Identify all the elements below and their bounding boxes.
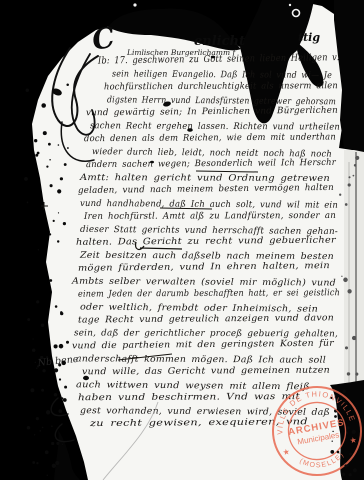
ink-speckle — [346, 426, 350, 430]
ink-speckle — [60, 312, 63, 315]
ink-speckle — [57, 240, 59, 242]
ink-speckle — [59, 344, 64, 349]
ink-speckle — [66, 341, 69, 344]
ink-speckle — [27, 318, 30, 321]
ink-speckle — [46, 166, 48, 168]
ink-speckle — [63, 222, 66, 225]
ink-blot — [211, 56, 215, 59]
ink-speckle — [349, 473, 352, 476]
ink-speckle — [33, 338, 34, 339]
star-icon: ★ — [349, 435, 358, 445]
document-page: C enlicht ttig Limlischen Burgerlichamm … — [0, 0, 364, 480]
ink-speckle — [66, 84, 69, 87]
ink-speckle — [35, 154, 38, 157]
ink-speckle — [26, 88, 30, 92]
manuscript-line: vund wille, das Gericht vund gemeinen nu… — [82, 366, 330, 378]
ink-speckle — [49, 233, 51, 235]
ink-speckle — [34, 139, 37, 142]
ink-speckle — [49, 279, 52, 282]
ink-speckle — [59, 378, 61, 380]
ink-speckle — [47, 475, 48, 476]
ink-speckle — [354, 164, 357, 167]
ink-speckle — [352, 336, 356, 340]
ink-speckle — [355, 373, 358, 376]
ink-speckle — [41, 389, 44, 392]
ink-speckle — [355, 156, 359, 160]
manuscript-line: sachen Recht ergehen lassen. Richten vun… — [90, 121, 340, 132]
ink-speckle — [54, 393, 58, 397]
ink-speckle — [349, 453, 352, 456]
ink-speckle — [341, 276, 342, 277]
ink-speckle — [60, 177, 63, 180]
ink-speckle — [36, 417, 39, 420]
ink-speckle — [339, 405, 342, 408]
ink-speckle — [54, 344, 58, 348]
ink-speckle — [32, 461, 35, 464]
ink-speckle — [345, 346, 348, 349]
manuscript-line: hochfürstlichen durchleuchtigkeit als un… — [104, 81, 338, 92]
ink-speckle — [67, 147, 69, 149]
ink-speckle — [347, 289, 351, 293]
ink-speckle — [36, 367, 38, 369]
ink-speckle — [58, 144, 60, 146]
ink-speckle — [38, 249, 39, 250]
ink-speckle — [337, 451, 340, 454]
ink-speckle — [53, 220, 55, 222]
manuscript-line: anderschafft kommen mögen. Daß Ich auch … — [76, 354, 326, 365]
ink-speckle — [42, 427, 44, 429]
ink-speckle — [348, 183, 351, 186]
ink-speckle — [58, 212, 59, 213]
ink-speckle — [27, 202, 29, 204]
ink-speckle — [46, 356, 48, 358]
manuscript-line: Amtt: halten gericht vund Ordnung getrew… — [79, 173, 330, 184]
ink-speckle — [61, 397, 63, 399]
right-edge-wash — [344, 150, 364, 396]
ink-speckle — [330, 450, 334, 454]
manuscript-scan: C enlicht ttig Limlischen Burgerlichamm … — [0, 0, 364, 480]
ink-speckle — [37, 365, 39, 367]
ink-speckle — [55, 461, 59, 465]
ink-speckle — [32, 348, 35, 351]
ink-speckle — [56, 442, 59, 445]
star-icon: ★ — [282, 447, 291, 457]
ink-speckle — [54, 368, 58, 372]
ink-speckle — [55, 305, 58, 308]
ink-speckle — [43, 131, 47, 135]
manuscript-line: haben vund beschirmen. Vnd was mit — [78, 392, 300, 403]
manuscript-line: doch denen als dem Reichen, wie dem mit … — [84, 132, 336, 144]
manuscript-line: sein heiligen Evangelio. Daß Ich sol vun… — [112, 69, 332, 81]
ink-speckle — [30, 388, 34, 392]
ink-speckle — [343, 278, 348, 283]
ink-speckle — [63, 398, 67, 402]
ink-speckle — [59, 121, 60, 122]
ink-speckle — [50, 184, 53, 187]
ink-speckle — [41, 324, 45, 328]
heading-fragment-right: ttig — [298, 31, 320, 44]
ink-speckle — [62, 444, 63, 445]
ink-speckle — [52, 464, 56, 468]
ink-speckle — [348, 176, 350, 178]
manuscript-line: auch wittwen vund weysen mit allem fleiß — [76, 380, 310, 392]
manuscript-line: sein, daß der gerichtlicher proceß gebue… — [74, 328, 338, 339]
ink-speckle — [34, 434, 35, 435]
ink-speckle — [40, 430, 42, 432]
manuscript-line: Ambts selber verwalten (soviel mir mögli… — [71, 276, 336, 289]
white-speck — [289, 4, 291, 6]
ink-speckle — [58, 363, 61, 366]
ink-speckle — [347, 372, 350, 375]
ink-speckle — [344, 464, 347, 467]
ink-speckle — [27, 426, 31, 430]
ink-blot — [187, 128, 193, 132]
ink-speckle — [51, 442, 54, 445]
ink-speckle — [61, 361, 66, 366]
ink-speckle — [46, 410, 50, 414]
ink-speckle — [64, 386, 67, 389]
ink-speckle — [64, 163, 67, 166]
ink-speckle — [24, 177, 28, 181]
ink-speckle — [345, 203, 348, 206]
ink-speckle — [353, 175, 355, 177]
manuscript-line: einem Jeden der darumb beschafften hatt,… — [78, 288, 340, 299]
ink-blot — [150, 161, 154, 164]
ink-speckle — [332, 441, 333, 442]
manuscript-line: Zeit besitzen auch daßselb nach meinem b… — [79, 251, 334, 262]
ink-speckle — [57, 189, 61, 193]
ink-blot — [83, 376, 89, 380]
ink-speckle — [42, 369, 45, 372]
ink-speckle — [58, 409, 62, 413]
manuscript-line: Iren hochfürstl. Amtt alß zu Landfürsten… — [83, 211, 336, 222]
ink-speckle — [36, 462, 38, 464]
ink-speckle — [352, 430, 356, 434]
ink-speckle — [341, 472, 345, 476]
ink-speckle — [353, 468, 357, 472]
ink-speckle — [36, 300, 39, 303]
ink-speckle — [49, 159, 51, 161]
ink-speckle — [40, 356, 43, 359]
heading-fragment-mid: enlicht — [194, 34, 245, 49]
ink-speckle — [342, 390, 346, 394]
ink-speckle — [41, 103, 46, 108]
ink-speckle — [45, 450, 49, 454]
ink-speckle — [51, 425, 53, 427]
ink-speckle — [339, 194, 341, 196]
ink-speckle — [48, 143, 51, 146]
white-speck — [133, 3, 136, 6]
ink-speckle — [35, 362, 36, 363]
manuscript-body: Ib: 17. geschworen zu Gott seinen lieben… — [71, 52, 340, 429]
